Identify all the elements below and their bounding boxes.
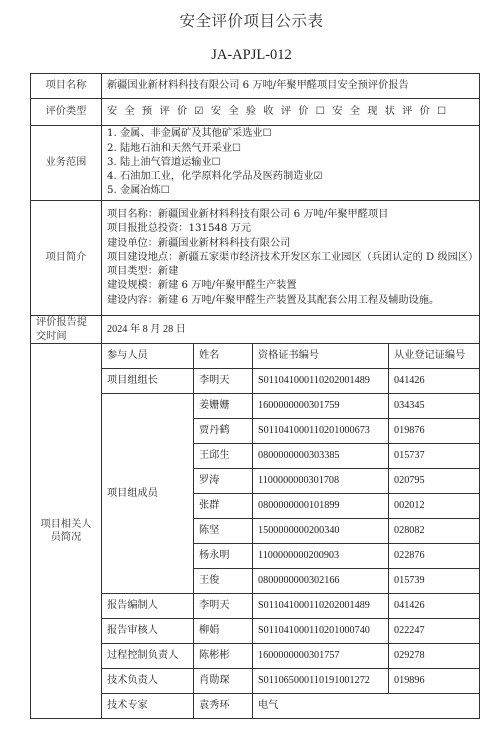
project-intro-label: 项目简介	[31, 201, 102, 316]
cert-cell: S011041000110201000740	[253, 619, 389, 644]
reg-cell: 034345	[389, 394, 480, 419]
reg-cell: 022876	[389, 544, 480, 569]
business-scope-item: 5. 金属冶炼☐	[107, 184, 474, 198]
intro-line: 建设内容：新建 6 万吨/年聚甲醛生产装置及其配套公用工程及辅助设施。	[107, 294, 474, 308]
document-title: 安全评价项目公示表	[0, 9, 503, 31]
intro-line: 建设规模：新建 6 万吨/年聚甲醛生产装置	[107, 279, 474, 293]
intro-line: 建设单位：新疆国业新材料科技有限公司	[107, 237, 474, 251]
publicity-table: 项目名称 新疆国业新材料科技有限公司 6 万吨/年聚甲醛项目安全预评价报告 评价…	[30, 73, 480, 719]
name-cell: 罗涛	[194, 469, 253, 494]
reg-cell: 029278	[389, 644, 480, 669]
business-scope-list: 1. 金属、非金属矿及其他矿采选业☐ 2. 陆地石油和天然气开采业☐ 3. 陆上…	[102, 126, 480, 201]
project-intro-content: 项目名称：新疆国业新材料科技有限公司 6 万吨/年聚甲醛项目 项目报批总投资：1…	[102, 201, 480, 316]
header-role: 参与人员	[102, 344, 194, 369]
reg-cell: 041426	[389, 594, 480, 619]
personnel-label: 项目相关人员简况	[31, 344, 102, 719]
name-cell: 贾丹鹤	[194, 419, 253, 444]
business-scope-item: 2. 陆地石油和天然气开采业☐	[107, 142, 474, 156]
business-scope-item: 3. 陆上油气管道运输业☐	[107, 156, 474, 170]
cert-cell: 0800000000303385	[253, 444, 389, 469]
cert-cell: S011041000110202001489	[253, 594, 389, 619]
name-cell: 杨永明	[194, 544, 253, 569]
name-cell: 姜姗姗	[194, 394, 253, 419]
reg-cell: 041426	[389, 369, 480, 394]
name-cell: 李明天	[194, 369, 253, 394]
name-cell: 李明天	[194, 594, 253, 619]
reg-cell: 019876	[389, 419, 480, 444]
row-project-intro: 项目简介 项目名称：新疆国业新材料科技有限公司 6 万吨/年聚甲醛项目 项目报批…	[31, 201, 480, 316]
header-reg: 从业登记证编号	[389, 344, 480, 369]
name-cell: 袁秀环	[194, 694, 253, 719]
cert-cell: 1600000000301759	[253, 394, 389, 419]
field-cell: 电气	[253, 694, 480, 719]
cert-cell: S011041000110201000673	[253, 419, 389, 444]
name-cell: 王邱生	[194, 444, 253, 469]
name-cell: 肖勋琛	[194, 669, 253, 694]
cert-cell: 0800000000101899	[253, 494, 389, 519]
submit-time-label: 评价报告提交时间	[31, 316, 102, 344]
eval-type-value: 安全预评价☑安全验收评价☐安全现状评价☐	[102, 99, 480, 126]
personnel-header-row: 项目相关人员简况 参与人员 姓名 资格证书编号 从业登记证编号	[31, 344, 480, 369]
reg-cell: 022247	[389, 619, 480, 644]
row-project-name: 项目名称 新疆国业新材料科技有限公司 6 万吨/年聚甲醛项目安全预评价报告	[31, 74, 480, 99]
reg-cell: 015737	[389, 444, 480, 469]
project-name-label: 项目名称	[31, 74, 102, 99]
cert-cell: 1500000000200340	[253, 519, 389, 544]
header-cert: 资格证书编号	[253, 344, 389, 369]
reg-cell: 020795	[389, 469, 480, 494]
role-cell: 技术负责人	[102, 669, 194, 694]
eval-type-label: 评价类型	[31, 99, 102, 126]
role-cell: 报告编制人	[102, 594, 194, 619]
role-cell: 报告审核人	[102, 619, 194, 644]
project-name-value: 新疆国业新材料科技有限公司 6 万吨/年聚甲醛项目安全预评价报告	[102, 74, 480, 99]
role-cell: 技术专家	[102, 694, 194, 719]
reg-cell: 015739	[389, 569, 480, 594]
cert-cell: S011065000110191001272	[253, 669, 389, 694]
intro-line: 项目类型：新建	[107, 265, 474, 279]
cert-cell: 1600000000301757	[253, 644, 389, 669]
intro-line: 项目报批总投资：131548 万元	[107, 222, 474, 236]
row-submit-time: 评价报告提交时间 2024 年 8 月 28 日	[31, 316, 480, 344]
business-scope-item: 1. 金属、非金属矿及其他矿采选业☐	[107, 127, 474, 141]
cert-cell: S011041000110202001489	[253, 369, 389, 394]
row-business-scope: 业务范围 1. 金属、非金属矿及其他矿采选业☐ 2. 陆地石油和天然气开采业☐ …	[31, 126, 480, 201]
intro-line: 项目名称：新疆国业新材料科技有限公司 6 万吨/年聚甲醛项目	[107, 208, 474, 222]
business-scope-label: 业务范围	[31, 126, 102, 201]
name-cell: 柳娟	[194, 619, 253, 644]
cert-cell: 1100000000301708	[253, 469, 389, 494]
row-eval-type: 评价类型 安全预评价☑安全验收评价☐安全现状评价☐	[31, 99, 480, 126]
submit-time-value: 2024 年 8 月 28 日	[102, 316, 480, 344]
cert-cell: 1100000000200903	[253, 544, 389, 569]
name-cell: 张群	[194, 494, 253, 519]
document-code: JA-APJL-012	[0, 47, 503, 64]
role-cell: 项目组组长	[102, 369, 194, 394]
name-cell: 陈彬彬	[194, 644, 253, 669]
members-role-cell: 项目组成员	[102, 394, 194, 594]
cert-cell: 0800000000302166	[253, 569, 389, 594]
name-cell: 王俊	[194, 569, 253, 594]
role-cell: 过程控制负责人	[102, 644, 194, 669]
business-scope-item: 4. 石油加工业，化学原料化学品及医药制造业☑	[107, 170, 474, 184]
reg-cell: 028082	[389, 519, 480, 544]
header-name: 姓名	[194, 344, 253, 369]
name-cell: 陈坚	[194, 519, 253, 544]
reg-cell: 019896	[389, 669, 480, 694]
intro-line: 项目建设地点：新疆五家渠市经济技术开发区东工业园区（兵团认定的 D 级园区）	[107, 251, 474, 265]
reg-cell: 002012	[389, 494, 480, 519]
